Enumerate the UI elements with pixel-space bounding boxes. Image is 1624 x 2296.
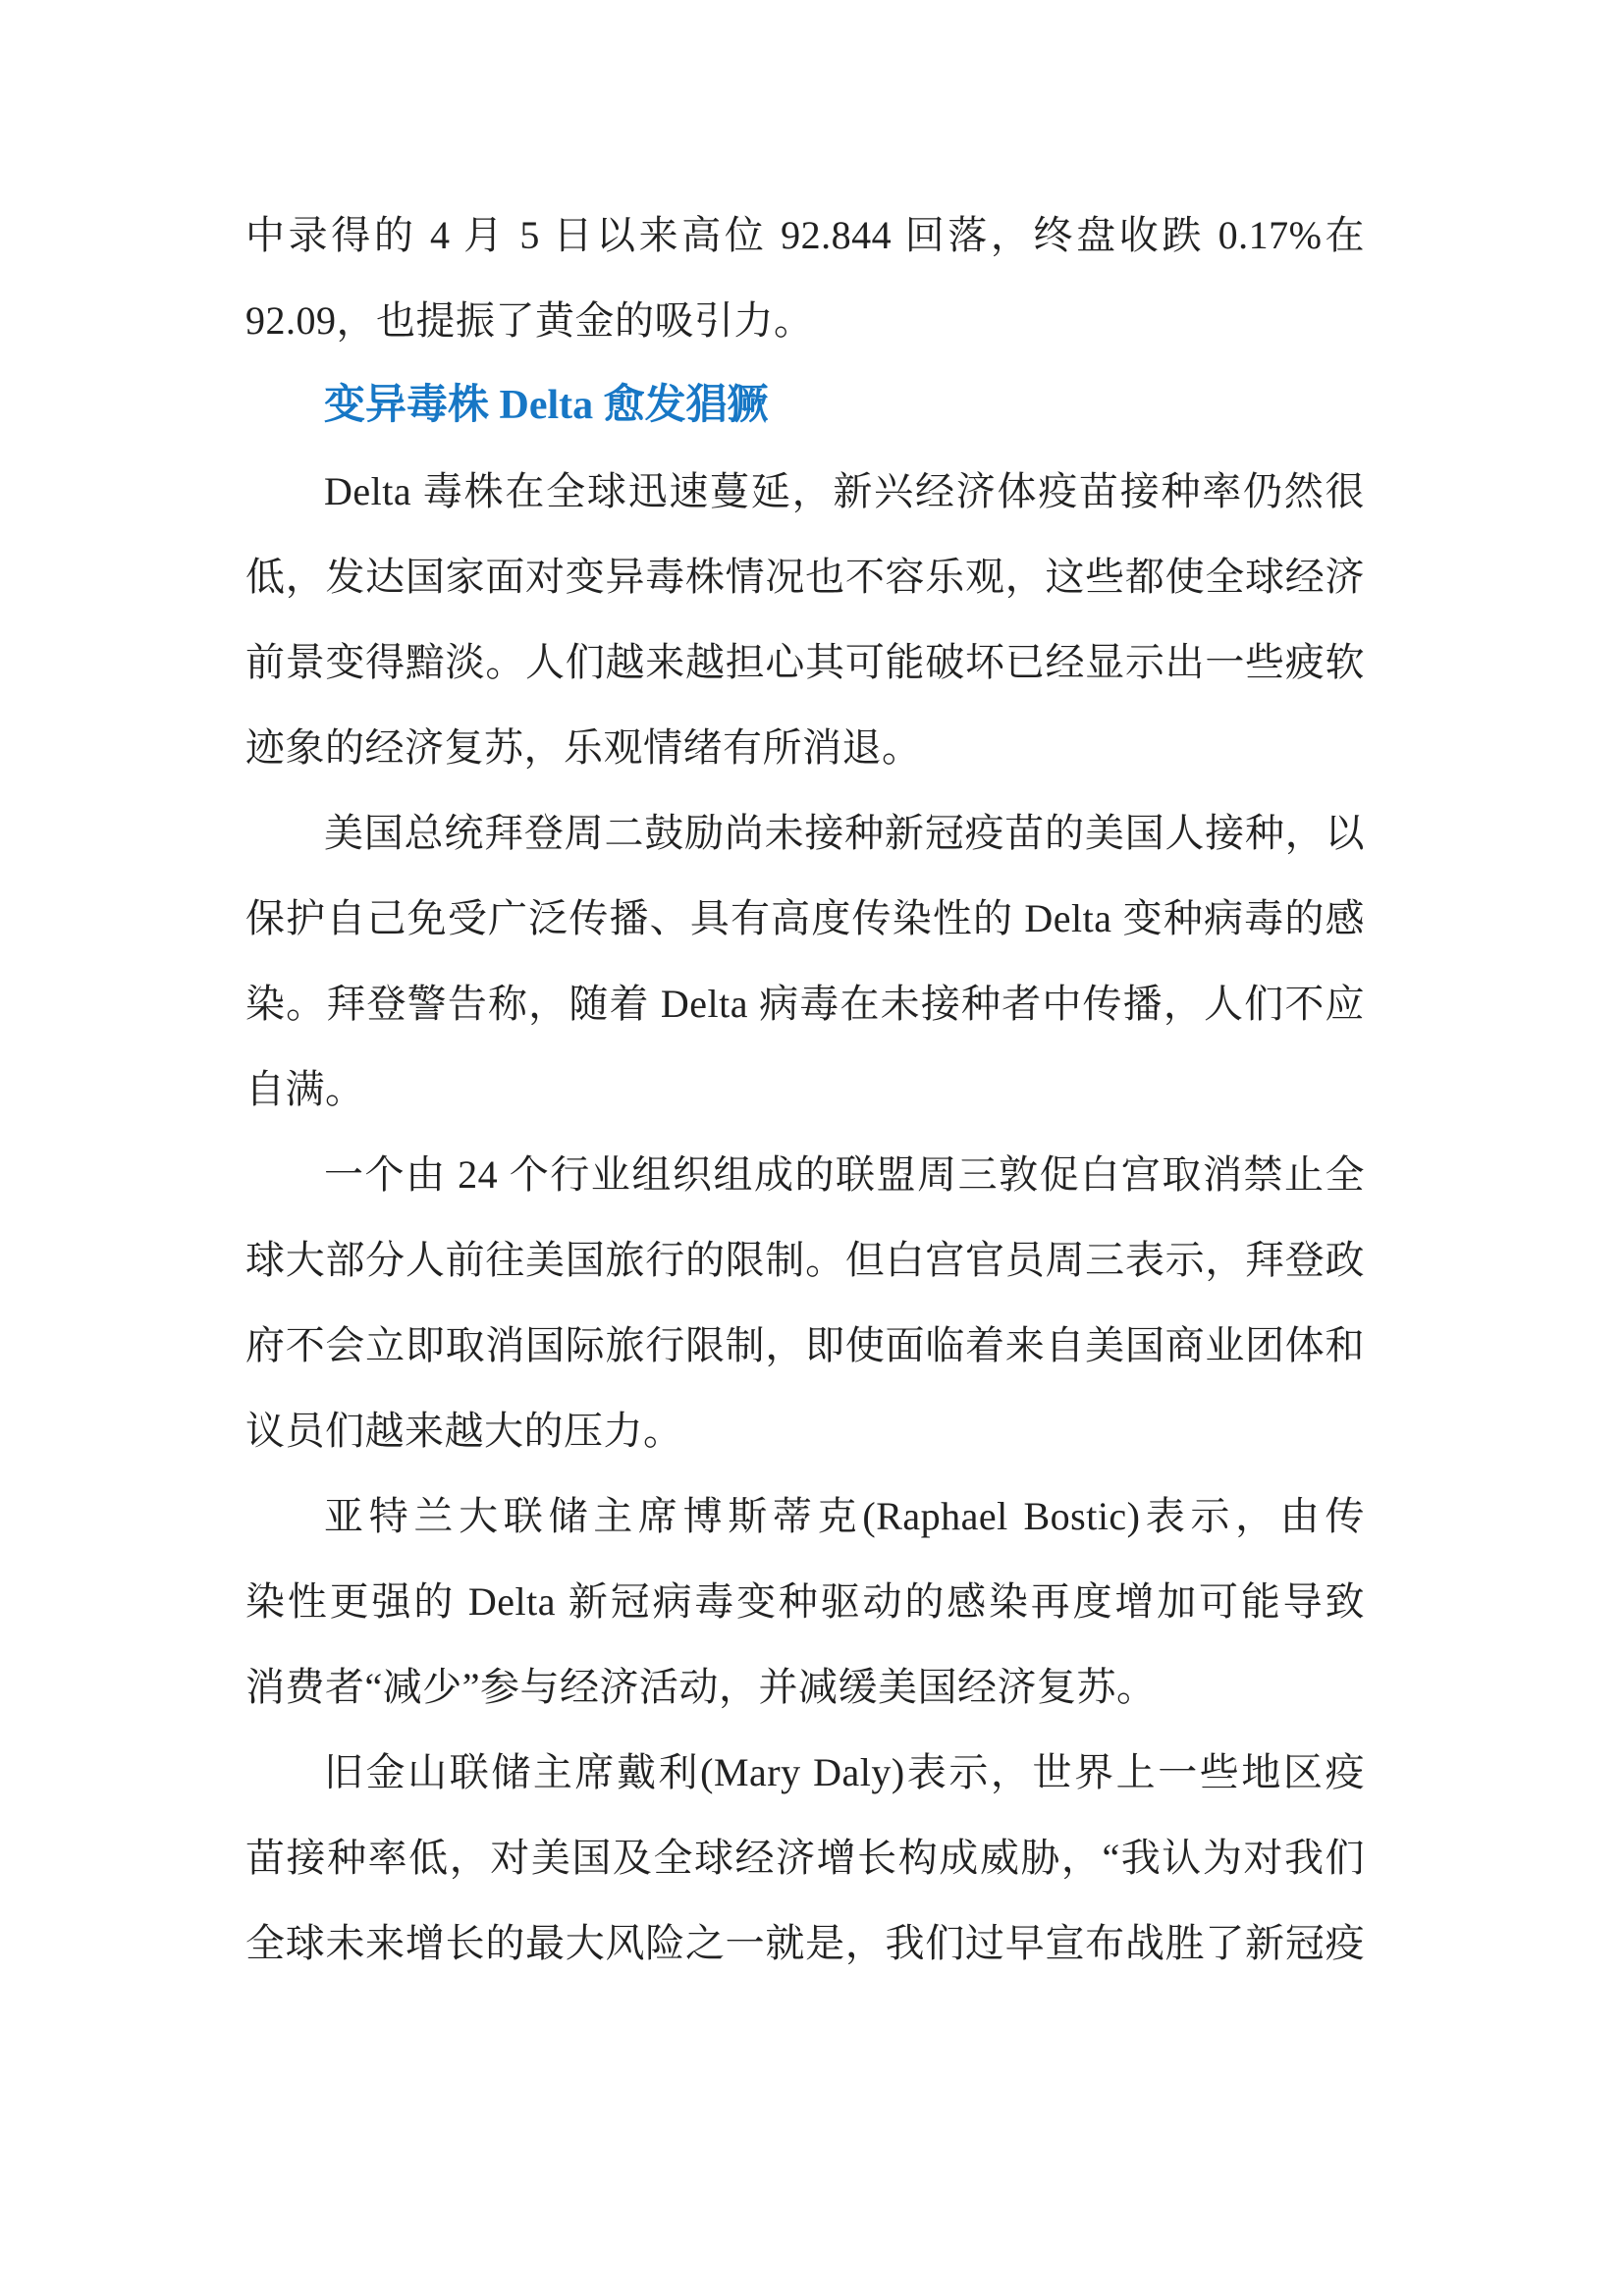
text-line: 消费者“减少”参与经济活动，并减缓美国经济复苏。 bbox=[245, 1644, 1365, 1730]
text-line: 苗接种率低，对美国及全球经济增长构成威胁，“我认为对我们 bbox=[245, 1815, 1365, 1900]
text-line: 旧金山联储主席戴利(Mary Daly)表示，世界上一些地区疫 bbox=[245, 1730, 1365, 1815]
text-line: 全球未来增长的最大风险之一就是，我们过早宣布战胜了新冠疫 bbox=[245, 1900, 1365, 1986]
text-line: 美国总统拜登周二鼓励尚未接种新冠疫苗的美国人接种，以 bbox=[245, 790, 1365, 876]
text-line: 中录得的 4 月 5 日以来高位 92.844 回落，终盘收跌 0.17%在 bbox=[245, 192, 1365, 278]
text-line: 自满。 bbox=[245, 1046, 1365, 1132]
document-body: 中录得的 4 月 5 日以来高位 92.844 回落，终盘收跌 0.17%在 9… bbox=[0, 0, 1365, 1986]
text-line: Delta 毒株在全球迅速蔓延，新兴经济体疫苗接种率仍然很 bbox=[245, 449, 1365, 534]
text-line: 染。拜登警告称，随着 Delta 病毒在未接种者中传播，人们不应 bbox=[245, 961, 1365, 1046]
text-line: 球大部分人前往美国旅行的限制。但白宫官员周三表示，拜登政 bbox=[245, 1217, 1365, 1303]
text-line: 议员们越来越大的压力。 bbox=[245, 1388, 1365, 1473]
section-heading: 变异毒株 Delta 愈发猖獗 bbox=[245, 363, 1365, 449]
text-line: 前景变得黯淡。人们越来越担心其可能破坏已经显示出一些疲软 bbox=[245, 619, 1365, 705]
document-page: 中录得的 4 月 5 日以来高位 92.844 回落，终盘收跌 0.17%在 9… bbox=[0, 0, 1624, 2296]
text-line: 低，发达国家面对变异毒株情况也不容乐观，这些都使全球经济 bbox=[245, 534, 1365, 619]
text-line: 迹象的经济复苏，乐观情绪有所消退。 bbox=[245, 705, 1365, 790]
text-line: 染性更强的 Delta 新冠病毒变种驱动的感染再度增加可能导致 bbox=[245, 1559, 1365, 1644]
text-line: 亚特兰大联储主席博斯蒂克(Raphael Bostic)表示，由传 bbox=[245, 1473, 1365, 1559]
text-line: 一个由 24 个行业组织组成的联盟周三敦促白宫取消禁止全 bbox=[245, 1132, 1365, 1217]
text-line: 92.09，也提振了黄金的吸引力。 bbox=[245, 278, 1365, 363]
text-line: 府不会立即取消国际旅行限制，即使面临着来自美国商业团体和 bbox=[245, 1303, 1365, 1388]
text-line: 保护自己免受广泛传播、具有高度传染性的 Delta 变种病毒的感 bbox=[245, 876, 1365, 961]
